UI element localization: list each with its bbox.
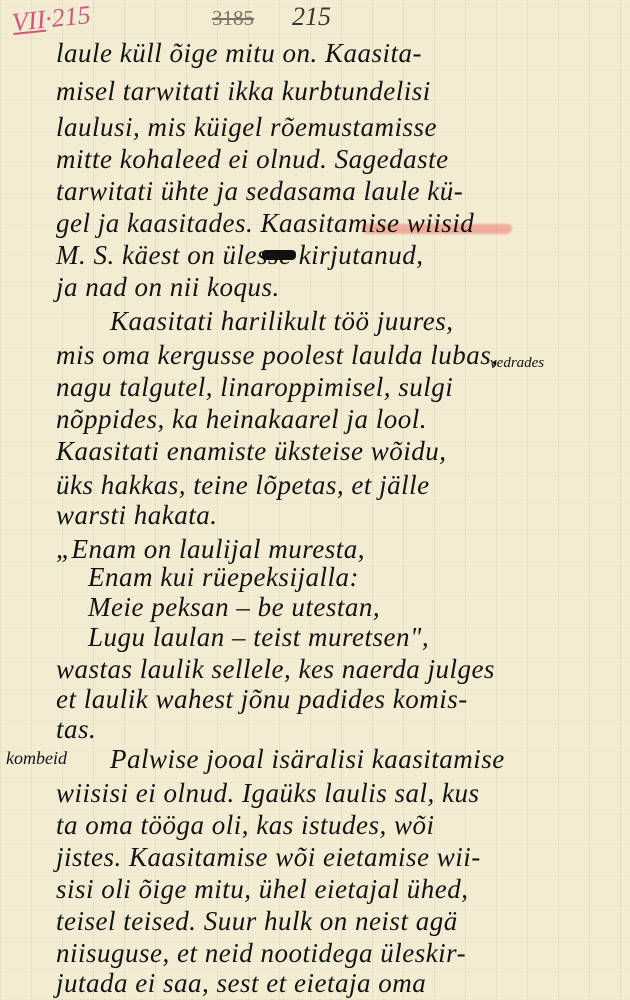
text-line: jistes. Kaasitamise wõi eietamise wii- (56, 842, 481, 873)
text-line: M. S. käest on ülesse kirjutanud, (56, 240, 423, 271)
text-line: Kaasitati enamiste üksteise wõidu, (56, 436, 446, 467)
text-line: mitte kohaleed ei olnud. Sagedaste (56, 144, 449, 175)
text-line: wiisisi ei olnud. Igaüks laulis sal, kus (56, 778, 480, 809)
archive-signature: VII·215 (11, 0, 92, 38)
text-line: nõppides, ka heinakaarel ja lool. (56, 404, 427, 435)
text-line: ja nad on nii koqus. (56, 272, 280, 303)
text-line: teisel teised. Suur hulk on neist agä (56, 906, 458, 937)
archive-number: 215 (50, 0, 92, 33)
text-line: ta oma tööga oli, kas istudes, wõi (56, 810, 435, 841)
text-line: niisuguse, et neid nootidega üleskir- (56, 938, 466, 969)
text-line: laulusi, mis küigel rõemustamisse (56, 112, 437, 143)
text-line: wastas laulik sellele, kes naerda julges (56, 654, 495, 685)
text-line: tarwitati ühte ja sedasama laule kü- (56, 176, 463, 207)
new-page-number: 215 (292, 2, 331, 32)
text-line: et laulik wahest jõnu padides komis- (56, 684, 468, 715)
text-line: Lugu laulan – teist muretsen", (88, 622, 429, 653)
text-line: jutada ei saa, sest et eietaja oma (56, 968, 426, 999)
manuscript-page: VII·215 3185 215 vedrades kombeid laule … (0, 0, 630, 1000)
text-line: Palwise jooal isäralisi kaasitamise (110, 744, 505, 775)
text-line: misel tarwitati ikka kurbtundelisi (56, 76, 431, 107)
text-line: gel ja kaasitades. Kaasitamise wiisid (56, 208, 474, 239)
text-line: nagu talgutel, linaroppimisel, sulgi (56, 372, 453, 403)
text-line: mis oma kergusse poolest laulda lubas, (56, 340, 498, 371)
text-line: Meie peksan – be utestan, (88, 592, 380, 623)
text-line: tas. (56, 714, 96, 745)
text-line: üks hakkas, teine lõpetas, et jälle (56, 470, 430, 501)
margin-note: kombeid (6, 748, 67, 769)
text-line: sisi oli õige mitu, ühel eietajal ühed, (56, 874, 468, 905)
archive-roman-numeral: VII (11, 5, 47, 37)
text-line: „Enam on laulijal muresta, (56, 534, 365, 565)
text-line: Kaasitati harilikult töö juures, (110, 306, 454, 337)
text-line: Enam kui rüepeksijalla: (88, 562, 359, 593)
text-line: warsti hakata. (56, 500, 218, 531)
text-line: laule küll õige mitu on. Kaasita- (56, 38, 422, 69)
old-page-number: 3185 (212, 6, 254, 31)
